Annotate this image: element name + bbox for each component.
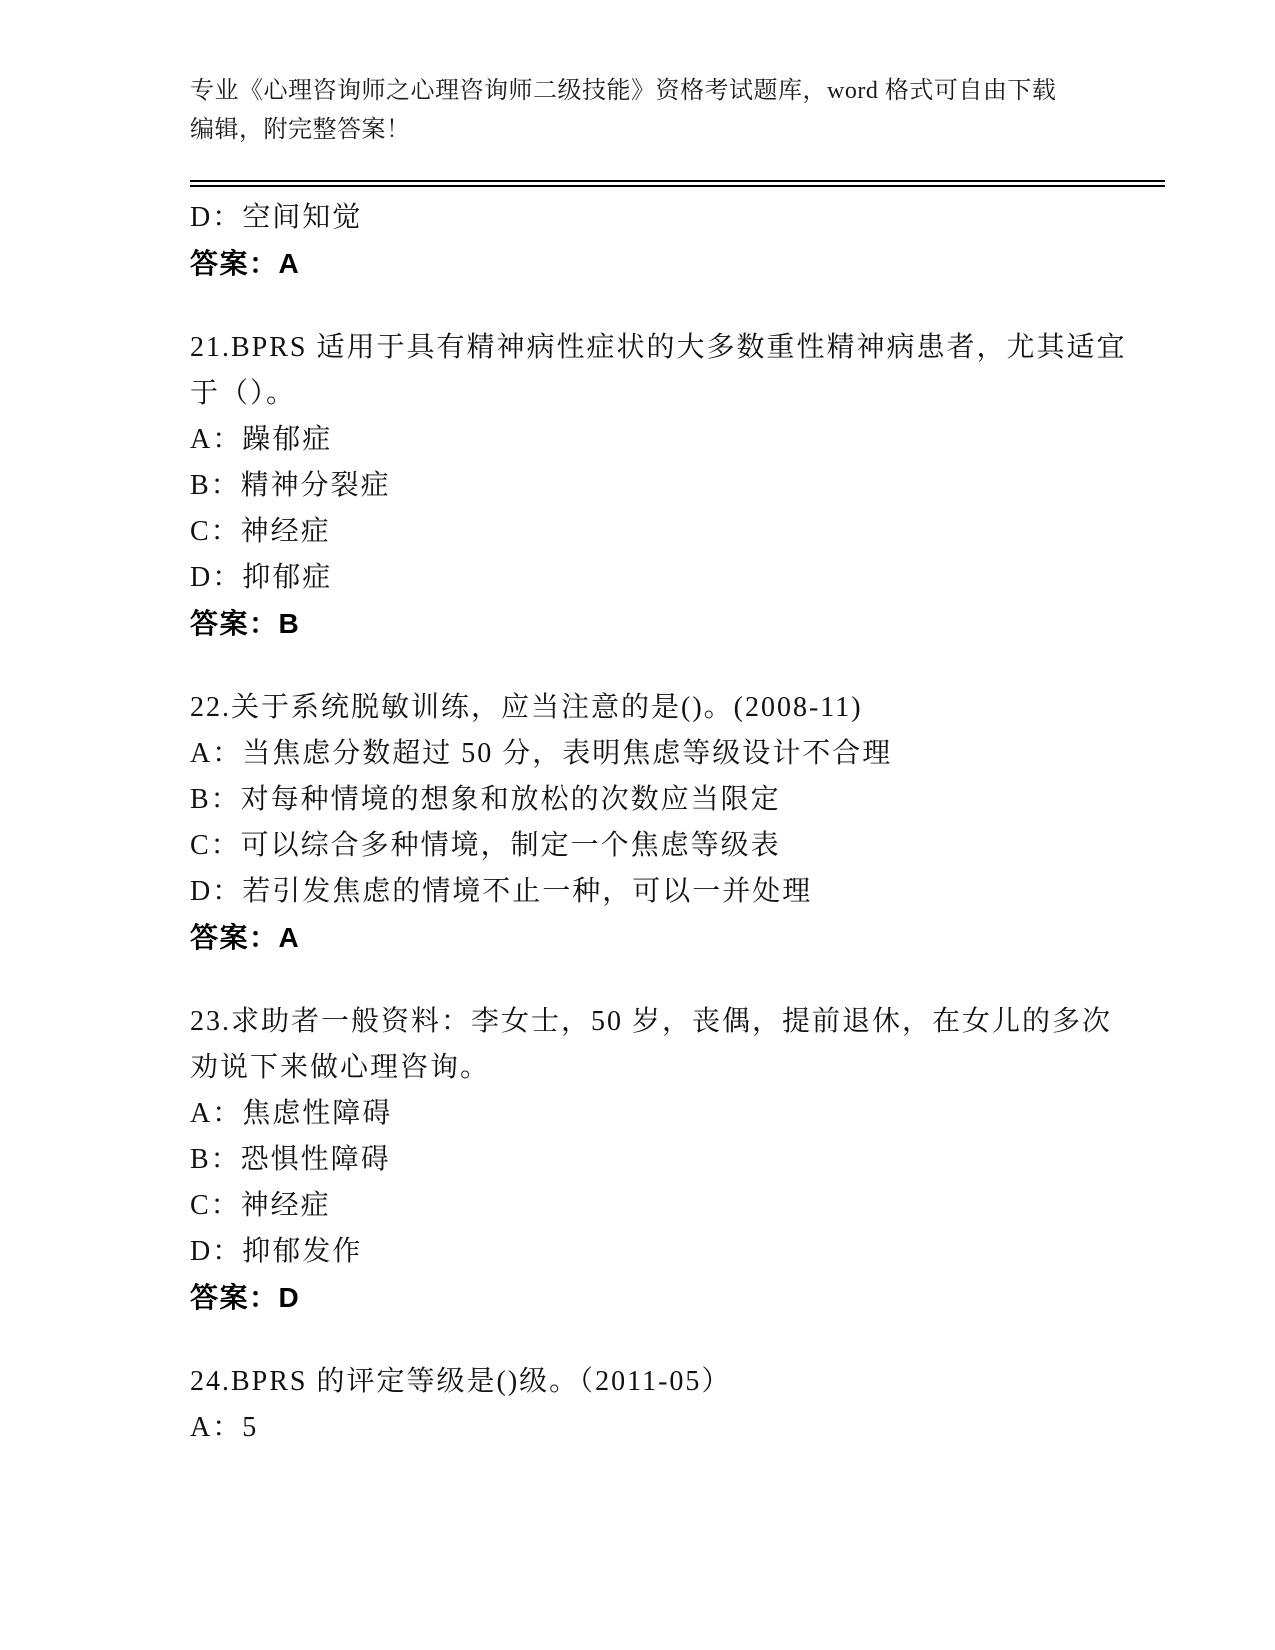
previous-question-remainder: D：空间知觉 答案：A — [190, 195, 1165, 287]
option-line: A：焦虑性障碍 — [190, 1091, 1165, 1137]
question-24: 24.BPRS 的评定等级是()级。（2011-05） A：5 — [190, 1359, 1165, 1451]
option-line: A：当焦虑分数超过 50 分，表明焦虑等级设计不合理 — [190, 731, 1165, 777]
question-text-line: 于（）。 — [190, 371, 1165, 417]
option-line: D：抑郁发作 — [190, 1229, 1165, 1275]
option-line: C：可以综合多种情境，制定一个焦虑等级表 — [190, 823, 1165, 869]
header-text-line-1: 专业《心理咨询师之心理咨询师二级技能》资格考试题库，word 格式可自由下载 — [190, 72, 1165, 111]
header-divider-rule — [190, 180, 1165, 187]
question-22: 22.关于系统脱敏训练，应当注意的是()。(2008-11) A：当焦虑分数超过… — [190, 685, 1165, 961]
document-page: 专业《心理咨询师之心理咨询师二级技能》资格考试题库，word 格式可自由下载 编… — [0, 0, 1275, 1650]
option-line: D：空间知觉 — [190, 195, 1165, 241]
option-line: A：躁郁症 — [190, 417, 1165, 463]
question-text-line: 24.BPRS 的评定等级是()级。（2011-05） — [190, 1359, 1165, 1405]
answer-line: 答案：A — [190, 241, 1165, 287]
answer-line: 答案：A — [190, 915, 1165, 961]
option-line: A：5 — [190, 1405, 1165, 1451]
question-23: 23.求助者一般资料：李女士，50 岁，丧偶，提前退休，在女儿的多次 劝说下来做… — [190, 999, 1165, 1321]
document-header: 专业《心理咨询师之心理咨询师二级技能》资格考试题库，word 格式可自由下载 编… — [190, 72, 1165, 150]
answer-line: 答案：B — [190, 601, 1165, 647]
question-text-line: 23.求助者一般资料：李女士，50 岁，丧偶，提前退休，在女儿的多次 — [190, 999, 1165, 1045]
header-text-line-2: 编辑，附完整答案！ — [190, 111, 1165, 150]
question-text-line: 22.关于系统脱敏训练，应当注意的是()。(2008-11) — [190, 685, 1165, 731]
question-21: 21.BPRS 适用于具有精神病性症状的大多数重性精神病患者，尤其适宜 于（）。… — [190, 325, 1165, 647]
option-line: B：精神分裂症 — [190, 463, 1165, 509]
option-line: D：若引发焦虑的情境不止一种，可以一并处理 — [190, 869, 1165, 915]
answer-line: 答案：D — [190, 1275, 1165, 1321]
option-line: D：抑郁症 — [190, 555, 1165, 601]
option-line: C：神经症 — [190, 1183, 1165, 1229]
option-line: B：恐惧性障碍 — [190, 1137, 1165, 1183]
option-line: C：神经症 — [190, 509, 1165, 555]
question-text-line: 21.BPRS 适用于具有精神病性症状的大多数重性精神病患者，尤其适宜 — [190, 325, 1165, 371]
option-line: B：对每种情境的想象和放松的次数应当限定 — [190, 777, 1165, 823]
question-text-line: 劝说下来做心理咨询。 — [190, 1045, 1165, 1091]
